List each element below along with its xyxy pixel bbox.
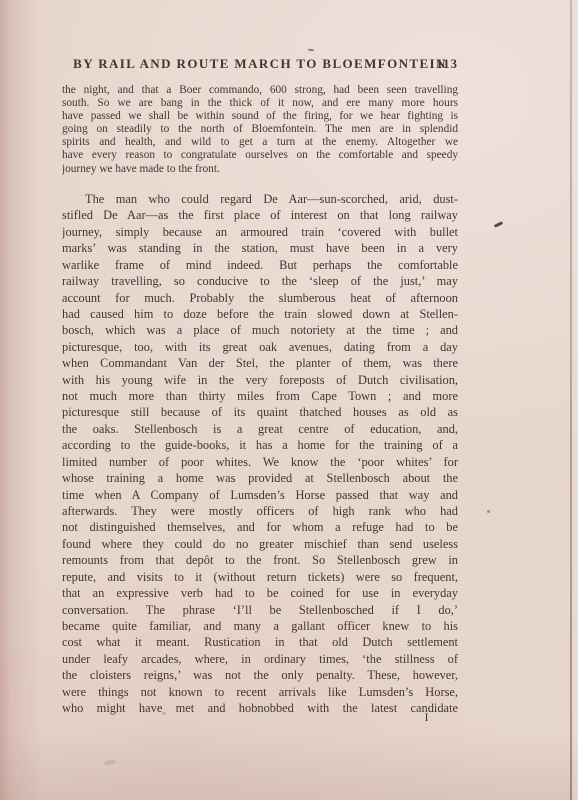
text-line: not distinguished themselves, and for wh… bbox=[62, 519, 458, 535]
text-line: limited number of poor whites. We know t… bbox=[62, 454, 458, 470]
text-line: not much more than thirty miles from Cap… bbox=[62, 388, 458, 404]
text-line: whose training a home was provided at St… bbox=[62, 470, 458, 486]
text-line: afterwards. They were mostly officers of… bbox=[62, 503, 458, 519]
text-line: time when A Company of Lumsden’s Horse p… bbox=[62, 487, 458, 503]
text-line: warlike frame of mind indeed. But perhap… bbox=[62, 257, 458, 273]
text-line: found where they could do no greater mis… bbox=[62, 536, 458, 552]
text-line: conversation. The phrase ‘I’ll be Stelle… bbox=[62, 602, 458, 618]
text-line: became quite familiar, and many a gallan… bbox=[62, 618, 458, 634]
text-line: the night, and that a Boer commando, 600… bbox=[62, 84, 458, 97]
text-line: repute, and visits to it (without return… bbox=[62, 569, 458, 585]
chapter-title: BY RAIL AND ROUTE MARCH TO BLOEMFONTEIN bbox=[62, 56, 458, 72]
scan-smudge bbox=[104, 759, 117, 766]
text-line: going on steadily to the north of Bloemf… bbox=[62, 123, 458, 136]
text-line: have every reason to congratulate oursel… bbox=[62, 149, 458, 162]
text-line: according to the guide-books, it has a h… bbox=[62, 437, 458, 453]
scan-speck bbox=[162, 712, 166, 715]
text-line: with his young wife in the very forepost… bbox=[62, 372, 458, 388]
page-number: 113 bbox=[436, 56, 458, 72]
text-line: that an expressive verb had to be coined… bbox=[62, 585, 458, 601]
main-paragraph: The man who could regard De Aar—sun-scor… bbox=[62, 191, 458, 717]
pen-mark bbox=[494, 221, 503, 228]
page-edge-line bbox=[570, 0, 572, 800]
text-line: picturesque still because of its quaint … bbox=[62, 404, 458, 420]
scan-speck bbox=[487, 510, 490, 513]
text-line: account for much. Probably the slumberou… bbox=[62, 290, 458, 306]
text-line: The man who could regard De Aar—sun-scor… bbox=[62, 191, 458, 207]
running-head: BY RAIL AND ROUTE MARCH TO BLOEMFONTEIN … bbox=[62, 56, 458, 74]
text-line: stifled De Aar—as the first place of int… bbox=[62, 207, 458, 223]
text-line: journey, simply because an armoured trai… bbox=[62, 224, 458, 240]
letter-extract-paragraph: the night, and that a Boer commando, 600… bbox=[62, 84, 458, 176]
scanned-book-page: BY RAIL AND ROUTE MARCH TO BLOEMFONTEIN … bbox=[0, 0, 578, 800]
text-line: spirits and health, and wild to get a tu… bbox=[62, 136, 458, 149]
text-line: marks’ was standing in the station, must… bbox=[62, 240, 458, 256]
text-line: railway travelling, so conducive to the … bbox=[62, 273, 458, 289]
text-line: when Commandant Van der Stel, the plante… bbox=[62, 355, 458, 371]
scan-speck bbox=[308, 49, 314, 52]
text-line: remounts from that depôt to the front. S… bbox=[62, 552, 458, 568]
text-line: cost what it meant. Rustication in that … bbox=[62, 634, 458, 650]
text-line: who might have met and hobnobbed with th… bbox=[62, 700, 458, 716]
text-line: journey we have made to the front. bbox=[62, 163, 458, 176]
text-line: the oaks. Stellenbosch is a great centre… bbox=[62, 421, 458, 437]
text-line: have passed we shall be within sound of … bbox=[62, 110, 458, 123]
text-line: picturesque, too, with its great oak ave… bbox=[62, 339, 458, 355]
text-line: bosch, which was a place of much notorie… bbox=[62, 322, 458, 338]
signature-mark: I bbox=[412, 712, 442, 724]
text-line: had caused him to doze before the train … bbox=[62, 306, 458, 322]
text-line: the cloisters reigns,’ was not the only … bbox=[62, 667, 458, 683]
text-line: were things not known to recent arrivals… bbox=[62, 684, 458, 700]
text-line: under leafy arcades, where, in ordinary … bbox=[62, 651, 458, 667]
text-line: south. So we are bang in the thick of it… bbox=[62, 97, 458, 110]
page-edge-strip bbox=[571, 0, 578, 800]
